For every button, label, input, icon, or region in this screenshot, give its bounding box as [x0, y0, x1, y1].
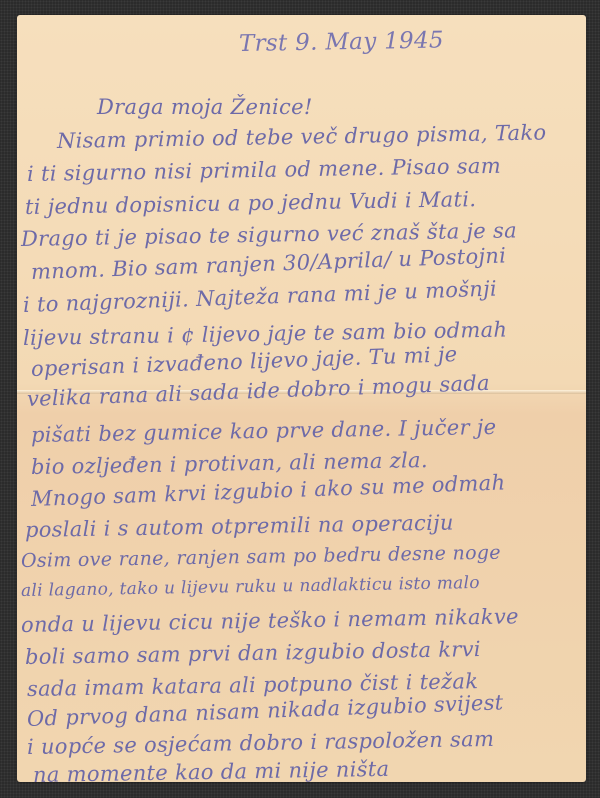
handwritten-text: Trst 9. May 1945 Draga moja Ženice! Nisa… — [17, 15, 586, 782]
salutation: Draga moja Ženice! — [97, 95, 313, 119]
letter-line-15: ali lagano, tako u lijevu ruku u nadlakt… — [21, 573, 480, 601]
letter-line-2: i ti sigurno nisi primila od mene. Pisao… — [27, 154, 501, 186]
letter-line-16: onda u lijevu cicu nije teško i nemam ni… — [21, 604, 519, 637]
letter-line-20: i uopće se osjećam dobro i raspoložen sa… — [27, 727, 495, 759]
letter-line-13: poslali i s autom otpremili na operaciju — [25, 511, 454, 542]
letter-line-14: Osim ove rane, ranjen sam po bedru desne… — [21, 542, 501, 572]
letter-line-1: Nisam primio od tebe več drugo pisma, Ta… — [57, 120, 547, 153]
letter-line-21: na momente kao da mi nije ništa — [33, 757, 390, 782]
letter-paper: Trst 9. May 1945 Draga moja Ženice! Nisa… — [17, 15, 586, 782]
letter-line-3: ti jednu dopisnicu a po jednu Vudi i Mat… — [25, 187, 477, 219]
letter-line-17: boli samo sam prvi dan izgubio dosta krv… — [25, 637, 481, 669]
date-line: Trst 9. May 1945 — [239, 27, 444, 57]
letter-line-6: i to najgrozniji. Najteža rana mi je u m… — [23, 276, 498, 317]
letter-line-10: pišati bez gumice kao prve dane. I jučer… — [31, 415, 497, 447]
